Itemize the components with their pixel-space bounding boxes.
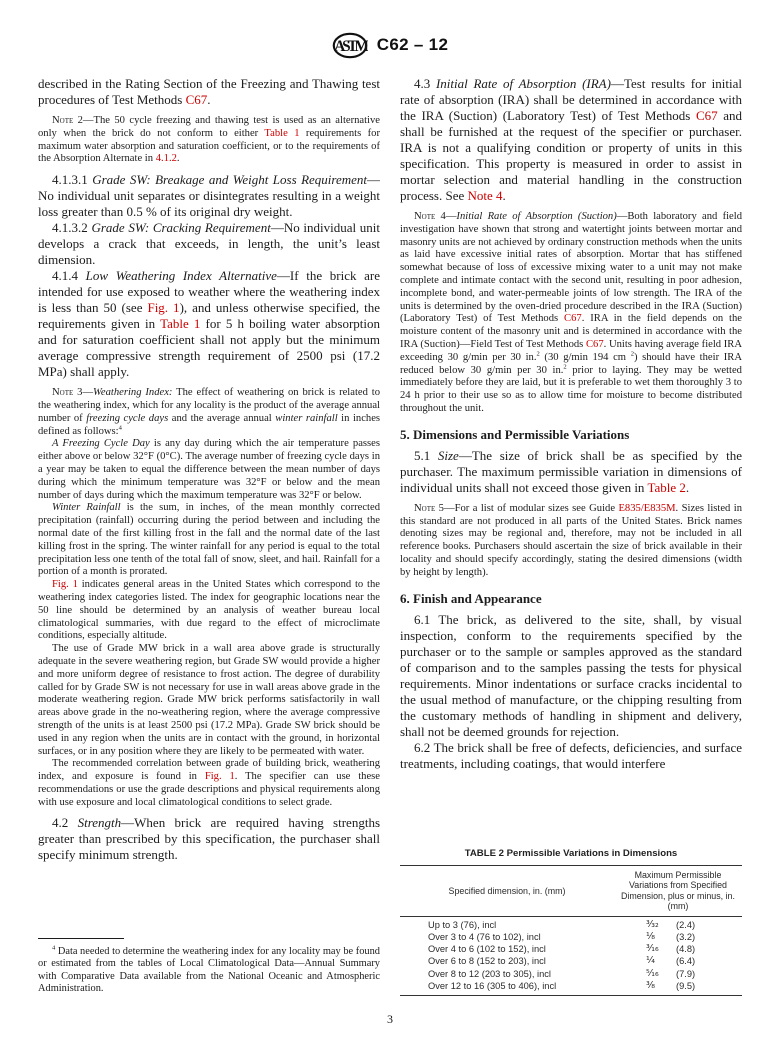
variation-cell: ³⁄₈(9.5) [614, 980, 742, 992]
paragraph: 4.1.4 Low Weathering Index Alternative—I… [38, 268, 380, 380]
section-heading: 6. Finish and Appearance [400, 591, 742, 607]
text-segment: and the average annual [168, 413, 275, 424]
text-segment: Winter Rainfall [52, 502, 121, 513]
note-paragraph: Note 4—Initial Rate of Absorption (Sucti… [400, 211, 742, 416]
two-column-body: described in the Rating Section of the F… [38, 76, 742, 996]
document-title: C62 – 12 [377, 35, 448, 55]
ref-link[interactable]: Table 2 [647, 480, 685, 495]
text-segment: Initial Rate of Absorption (Suction) [456, 211, 616, 222]
text-segment: —Both laboratory and field investigation… [400, 211, 742, 324]
table-row: Over 4 to 6 (102 to 152), incl³⁄₁₆(4.8) [400, 943, 742, 955]
astm-logo-text: ASTM [334, 37, 368, 54]
text-segment: Strength [78, 815, 122, 830]
left-column-text: described in the Rating Section of the F… [38, 76, 380, 863]
text-segment: Data needed to determine the weathering … [38, 946, 380, 995]
text-segment: A Freezing Cycle Day [52, 438, 150, 449]
paragraph: 4.3 Initial Rate of Absorption (IRA)—Tes… [400, 76, 742, 204]
text-segment: For a list of modular sizes see Guide [455, 503, 619, 514]
table-2-grid: Specified dimension, in. (mm) Maximum Pe… [400, 865, 742, 996]
text-segment: Size [438, 448, 459, 463]
text-segment: winter rainfall [275, 413, 337, 424]
footnote-area: 4 Data needed to determine the weatherin… [38, 946, 380, 996]
text-segment: . [177, 153, 180, 164]
paragraph: 6.2 The brick shall be free of defects, … [400, 740, 742, 772]
document-page: ASTM C62 – 12 described in the Rating Se… [0, 0, 778, 1041]
text-segment: . [503, 188, 506, 203]
mm-value: (7.9) [676, 968, 710, 980]
fraction-value: ³⁄₃₂ [646, 919, 676, 931]
ref-link[interactable]: 4.1.2 [156, 153, 177, 164]
table-2-header-row: Specified dimension, in. (mm) Maximum Pe… [400, 866, 742, 917]
note-paragraph: Note 3—Weathering Index: The effect of w… [38, 387, 380, 438]
note-paragraph: Note 2—The 50 cycle freezing and thawing… [38, 115, 380, 166]
text-segment: 6.1 The brick, as delivered to the site,… [400, 612, 742, 739]
table-2: TABLE 2 Permissible Variations in Dimens… [400, 848, 742, 996]
note-paragraph: A Freezing Cycle Day is any day during w… [38, 438, 380, 502]
text-segment: Grade SW: Breakage and Weight Loss Requi… [92, 172, 367, 187]
paragraph: described in the Rating Section of the F… [38, 76, 380, 108]
page-header: ASTM C62 – 12 [38, 30, 742, 60]
footnote-paragraph: 4 Data needed to determine the weatherin… [38, 946, 380, 996]
text-segment: Note 4— [414, 211, 456, 222]
variation-cell: ¹⁄₈(3.2) [614, 931, 742, 943]
ref-link[interactable]: C67 [186, 92, 208, 107]
note-paragraph: Fig. 1 indicates general areas in the Un… [38, 579, 380, 643]
mm-value: (3.2) [676, 931, 710, 943]
text-segment: . [686, 480, 689, 495]
text-segment: Grade SW: Cracking Requirement [91, 220, 270, 235]
table-row: Over 12 to 16 (305 to 406), incl³⁄₈(9.5) [400, 980, 742, 992]
variation-cell: ¹⁄₄(6.4) [614, 955, 742, 967]
table-row: Over 3 to 4 (76 to 102), incl¹⁄₈(3.2) [400, 931, 742, 943]
variation-cell: ³⁄₃₂(2.4) [614, 919, 742, 931]
table-row: Over 6 to 8 (152 to 203), incl¹⁄₄(6.4) [400, 955, 742, 967]
footnote-divider [38, 938, 124, 939]
dimension-cell: Up to 3 (76), incl [400, 919, 614, 931]
text-segment: is the sum, in inches, of the mean month… [38, 502, 380, 577]
note-paragraph: Winter Rainfall is the sum, in inches, o… [38, 502, 380, 579]
fraction-value: ¹⁄₈ [646, 931, 676, 943]
text-segment: 5. Dimensions and Permissible Variations [400, 427, 629, 442]
variation-cell: ⁵⁄₁₆(7.9) [614, 968, 742, 980]
table-2-col1-header: Specified dimension, in. (mm) [400, 886, 614, 897]
note-paragraph: The recommended correlation between grad… [38, 758, 380, 809]
fraction-value: ³⁄₁₆ [646, 943, 676, 955]
ref-link[interactable]: C67 [586, 339, 604, 350]
table-row: Over 8 to 12 (203 to 305), incl⁵⁄₁₆(7.9) [400, 968, 742, 980]
text-segment: freezing cycle days [86, 413, 168, 424]
dimension-cell: Over 8 to 12 (203 to 305), incl [400, 968, 614, 980]
text-segment: Note 5— [414, 503, 455, 514]
paragraph: 4.2 Strength—When brick are required hav… [38, 815, 380, 863]
ref-link[interactable]: C67 [696, 108, 718, 123]
mm-value: (6.4) [676, 955, 710, 967]
mm-value: (2.4) [676, 919, 710, 931]
left-column: described in the Rating Section of the F… [38, 76, 380, 996]
text-segment: (30 g/min 194 cm [540, 352, 631, 363]
text-segment: The use of Grade MW brick in a wall area… [38, 643, 380, 756]
ref-link[interactable]: Fig. 1 [147, 300, 179, 315]
table-2-rows: Up to 3 (76), incl³⁄₃₂(2.4)Over 3 to 4 (… [400, 917, 742, 995]
text-segment: 4.2 [52, 815, 78, 830]
text-segment: indicates general areas in the United St… [38, 579, 380, 641]
dimension-cell: Over 12 to 16 (305 to 406), incl [400, 980, 614, 992]
fraction-value: ⁵⁄₁₆ [646, 968, 676, 980]
note-paragraph: The use of Grade MW brick in a wall area… [38, 643, 380, 758]
ref-link[interactable]: Table 1 [160, 316, 200, 331]
ref-link[interactable]: E835/E835M [618, 503, 675, 514]
text-segment: 4.1.3.1 [52, 172, 92, 187]
text-segment: Initial Rate of Absorption (IRA) [436, 76, 611, 91]
paragraph: 5.1 Size—The size of brick shall be as s… [400, 448, 742, 496]
paragraph: 4.1.3.1 Grade SW: Breakage and Weight Lo… [38, 172, 380, 220]
text-segment: Note 2— [52, 115, 94, 126]
text-segment: 5.1 [414, 448, 438, 463]
table-row: Up to 3 (76), incl³⁄₃₂(2.4) [400, 919, 742, 931]
dimension-cell: Over 6 to 8 (152 to 203), incl [400, 955, 614, 967]
text-segment: 6. Finish and Appearance [400, 591, 542, 606]
table-2-title: TABLE 2 Permissible Variations in Dimens… [400, 848, 742, 859]
ref-link[interactable]: Table 1 [264, 128, 299, 139]
dimension-cell: Over 3 to 4 (76 to 102), incl [400, 931, 614, 943]
page-number: 3 [38, 1012, 742, 1027]
note-paragraph: Note 5—For a list of modular sizes see G… [400, 503, 742, 580]
text-segment: 4.1.4 [52, 268, 86, 283]
text-segment: 6.2 The brick shall be free of defects, … [400, 740, 742, 771]
right-column-text: 4.3 Initial Rate of Absorption (IRA)—Tes… [400, 76, 742, 772]
ref-link[interactable]: Fig. 1 [205, 771, 235, 782]
astm-logo-icon: ASTM [332, 32, 368, 59]
section-heading: 5. Dimensions and Permissible Variations [400, 427, 742, 443]
right-column: 4.3 Initial Rate of Absorption (IRA)—Tes… [400, 76, 742, 996]
text-segment: 4 [119, 424, 122, 431]
paragraph: 6.1 The brick, as delivered to the site,… [400, 612, 742, 740]
text-segment: . [207, 92, 210, 107]
ref-link[interactable]: C67 [564, 313, 582, 324]
text-segment: 4.1.3.2 [52, 220, 91, 235]
table-2-col2-header: Maximum Permissible Variations from Spec… [614, 870, 742, 912]
ref-link[interactable]: Note 4 [468, 188, 503, 203]
fraction-value: ³⁄₈ [646, 980, 676, 992]
variation-cell: ³⁄₁₆(4.8) [614, 943, 742, 955]
text-segment: Weathering Index: [93, 387, 172, 398]
mm-value: (4.8) [676, 943, 710, 955]
text-segment: 4.3 [414, 76, 436, 91]
mm-value: (9.5) [676, 980, 710, 992]
paragraph: 4.1.3.2 Grade SW: Cracking Requirement—N… [38, 220, 380, 268]
fraction-value: ¹⁄₄ [646, 955, 676, 967]
text-segment: Low Weathering Index Alternative [86, 268, 277, 283]
ref-link[interactable]: Fig. 1 [52, 579, 78, 590]
text-segment: Note 3— [52, 387, 93, 398]
dimension-cell: Over 4 to 6 (102 to 152), incl [400, 943, 614, 955]
